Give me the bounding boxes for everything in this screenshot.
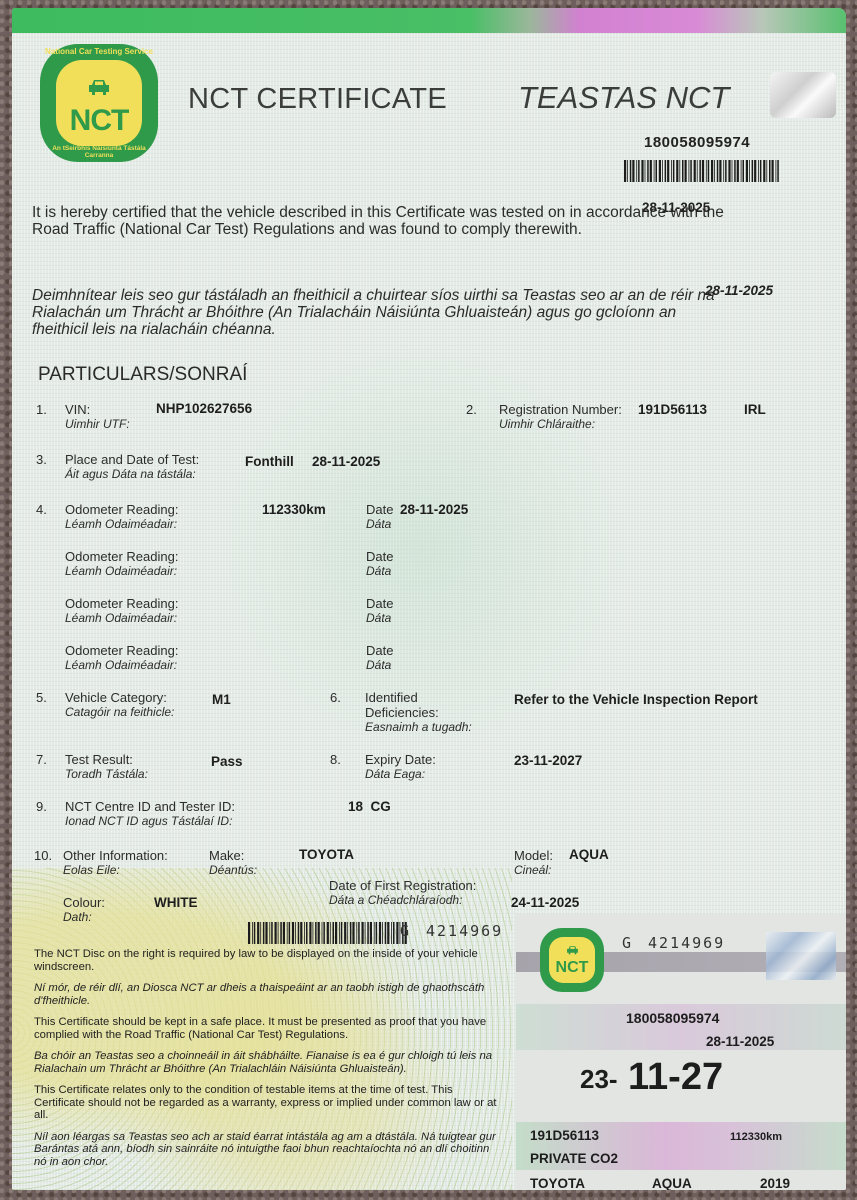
expiry-label: Expiry Date: Dáta Eaga:	[365, 752, 436, 782]
registration-label-ga: Uimhir Chláraithe:	[499, 417, 622, 432]
registration-value: 191D56113	[638, 402, 707, 417]
title-english: NCT CERTIFICATE	[188, 83, 447, 116]
result-label-ga: Toradh Tástála:	[65, 767, 148, 782]
odometer-date-label: Date Dáta	[366, 549, 393, 579]
place-date-label: Place and Date of Test: Áit agus Dáta na…	[65, 452, 199, 482]
odometer-label-ga: Léamh Odaiméadair:	[65, 564, 178, 579]
odometer-date-label-en: Date	[366, 502, 393, 517]
item-number: 1.	[36, 402, 47, 417]
deficiencies-label-2: Deficiencies:	[365, 705, 472, 720]
result-value: Pass	[211, 754, 243, 769]
first-registration-label-ga: Dáta a Chéadchláraíodh:	[329, 893, 476, 908]
vin-value: NHP102627656	[156, 401, 252, 416]
first-registration-label-en: Date of First Registration:	[329, 878, 476, 893]
disc-vehicle-type: PRIVATE CO2	[530, 1151, 618, 1166]
item-number: 10.	[34, 848, 52, 863]
odometer-date-label: Date Dáta	[366, 502, 393, 532]
odometer-label: Odometer Reading: Léamh Odaiméadair:	[65, 643, 178, 673]
deficiencies-label-ga: Easnaimh a tugadh:	[365, 720, 472, 735]
disc-nct-logo: NCT	[540, 928, 604, 992]
car-icon	[87, 78, 111, 96]
make-label-en: Make:	[209, 848, 244, 863]
control-number: 4214969	[426, 922, 503, 940]
certification-irish: Deimhnítear leis seo gur tástáladh an fh…	[32, 287, 732, 338]
registration-label-en: Registration Number:	[499, 402, 622, 417]
model-label: Model: Cineál:	[514, 848, 553, 878]
disc-certificate-number: 180058095974	[626, 1010, 719, 1026]
colour-label-en: Colour:	[63, 895, 105, 910]
expiry-value: 23-11-2027	[514, 753, 582, 768]
odometer-date-label-ga: Dáta	[366, 564, 393, 579]
item-number: 6.	[330, 690, 341, 705]
disc-year: 2019	[760, 1176, 790, 1190]
disc-control-prefix: G	[622, 934, 633, 952]
registration-label: Registration Number: Uimhir Chláraithe:	[499, 402, 622, 432]
note-ga: Ba chóir an Teastas seo a choinneáil in …	[34, 1050, 504, 1075]
vin-label-ga: Uimhir UTF:	[65, 417, 130, 432]
car-icon	[566, 945, 579, 955]
odometer-date-label-ga: Dáta	[366, 658, 393, 673]
control-prefix: G	[400, 922, 411, 940]
category-label-ga: Catagóir na feithicle:	[65, 705, 174, 720]
logo-ring-bottom: An tSeirbhís Náisiúnta Tástála Carranna	[40, 145, 158, 159]
odometer-label: Odometer Reading: Léamh Odaiméadair:	[65, 549, 178, 579]
colour-label-ga: Dath:	[63, 910, 105, 925]
model-value: AQUA	[569, 847, 609, 862]
notes: The NCT Disc on the right is required by…	[34, 948, 504, 1177]
item-number: 3.	[36, 452, 47, 467]
other-label-ga: Eolas Eile:	[63, 863, 168, 878]
disc-expiry-day: 23-	[580, 1064, 618, 1095]
disc-hologram	[766, 932, 836, 980]
odometer-date-label-ga: Dáta	[366, 517, 393, 532]
odometer-date-label: Date Dáta	[366, 596, 393, 626]
expiry-label-ga: Dáta Eaga:	[365, 767, 436, 782]
particulars-heading: PARTICULARS/SONRAÍ	[38, 364, 247, 386]
centre-label-ga: Ionad NCT ID agus Tástálaí ID:	[65, 814, 235, 829]
hologram-seal	[770, 72, 836, 118]
vin-label-en: VIN:	[65, 402, 90, 417]
test-date: 28-11-2025	[312, 454, 380, 469]
item-number: 2.	[466, 402, 477, 417]
category-value: M1	[212, 692, 231, 707]
odometer-label: Odometer Reading: Léamh Odaiméadair:	[65, 502, 178, 532]
logo-mark: NCT	[56, 104, 142, 138]
first-registration-value: 24-11-2025	[511, 895, 579, 910]
vin-label: VIN: Uimhir UTF:	[65, 402, 130, 432]
disc-make: TOYOTA	[530, 1176, 585, 1190]
odometer-label-ga: Léamh Odaiméadair:	[65, 658, 178, 673]
model-label-en: Model:	[514, 848, 553, 863]
disc-model: AQUA	[652, 1176, 692, 1190]
centre-label: NCT Centre ID and Tester ID: Ionad NCT I…	[65, 799, 235, 829]
colour-label: Colour: Dath:	[63, 895, 105, 925]
disc-logo-mark: NCT	[549, 959, 595, 977]
odometer-date-label-en: Date	[366, 596, 393, 611]
test-place: Fonthill	[245, 454, 294, 469]
colour-value: WHITE	[154, 895, 198, 910]
deficiencies-label-1: Identified	[365, 690, 472, 705]
disc-expiry-month-year: 11-27	[628, 1056, 723, 1099]
certification-date-irish: 28-11-2025	[705, 283, 773, 298]
make-label-ga: Déantús:	[209, 863, 257, 878]
place-date-label-ga: Áit agus Dáta na tástála:	[65, 467, 199, 482]
other-label-en: Other Information:	[63, 848, 168, 863]
odometer-label-en: Odometer Reading:	[65, 502, 178, 517]
disc-test-date: 28-11-2025	[706, 1034, 774, 1049]
category-label-en: Vehicle Category:	[65, 690, 167, 705]
nct-disc: NCT G 4214969 180058095974 28-11-2025 23…	[516, 914, 846, 1190]
category-label: Vehicle Category: Catagóir na feithicle:	[65, 690, 174, 720]
item-number: 7.	[36, 752, 47, 767]
odometer-date-label-en: Date	[366, 643, 393, 658]
nct-certificate: National Car Testing Service NCT An tSei…	[12, 8, 846, 1190]
certification-date-english: 28-11-2025	[642, 200, 710, 215]
barcode-control	[248, 922, 408, 944]
disc-registration: 191D56113	[530, 1128, 599, 1143]
item-number: 8.	[330, 752, 341, 767]
place-date-label-en: Place and Date of Test:	[65, 452, 199, 467]
odometer-date-label-en: Date	[366, 549, 393, 564]
result-label-en: Test Result:	[65, 752, 133, 767]
disc-control-number: 4214969	[648, 934, 725, 952]
title-irish: TEASTAS NCT	[518, 80, 729, 116]
deficiencies-value: Refer to the Vehicle Inspection Report	[514, 692, 758, 707]
item-number: 5.	[36, 690, 47, 705]
centre-label-en: NCT Centre ID and Tester ID:	[65, 799, 235, 814]
item-number: 9.	[36, 799, 47, 814]
deficiencies-label: Identified Deficiencies: Easnaimh a tuga…	[365, 690, 472, 735]
odometer-date-label: Date Dáta	[366, 643, 393, 673]
odometer-date-label-ga: Dáta	[366, 611, 393, 626]
logo-ring-top: National Car Testing Service	[40, 47, 158, 56]
certification-english: It is hereby certified that the vehicle …	[32, 204, 732, 238]
make-value: TOYOTA	[299, 847, 354, 862]
odometer-label-ga: Léamh Odaiméadair:	[65, 611, 178, 626]
odometer-label-en: Odometer Reading:	[65, 596, 178, 611]
result-label: Test Result: Toradh Tástála:	[65, 752, 148, 782]
note-en: This Certificate relates only to the con…	[34, 1084, 504, 1122]
expiry-label-en: Expiry Date:	[365, 752, 436, 767]
odometer-label: Odometer Reading: Léamh Odaiméadair:	[65, 596, 178, 626]
note-en: The NCT Disc on the right is required by…	[34, 948, 504, 973]
note-ga: Ní mór, de réir dlí, an Diosca NCT ar dh…	[34, 982, 504, 1007]
odometer-label-en: Odometer Reading:	[65, 643, 178, 658]
security-band	[12, 8, 846, 33]
centre-value: 18 CG	[348, 799, 391, 814]
note-en: This Certificate should be kept in a saf…	[34, 1016, 504, 1041]
nct-logo: National Car Testing Service NCT An tSei…	[40, 44, 158, 162]
certificate-number: 180058095974	[644, 134, 750, 151]
odometer-label-en: Odometer Reading:	[65, 549, 178, 564]
model-label-ga: Cineál:	[514, 863, 553, 878]
registration-country: IRL	[744, 402, 766, 417]
odometer-date-value: 28-11-2025	[400, 502, 468, 517]
barcode-top	[624, 160, 780, 182]
note-ga: Níl aon léargas sa Teastas seo ach ar st…	[34, 1131, 504, 1169]
disc-odometer: 112330km	[730, 1131, 782, 1143]
item-number: 4.	[36, 502, 47, 517]
make-label: Make: Déantús:	[209, 848, 257, 878]
other-label: Other Information: Eolas Eile:	[63, 848, 168, 878]
odometer-label-ga: Léamh Odaiméadair:	[65, 517, 178, 532]
odometer-value: 112330km	[262, 502, 326, 517]
first-registration-label: Date of First Registration: Dáta a Chéad…	[329, 878, 476, 908]
